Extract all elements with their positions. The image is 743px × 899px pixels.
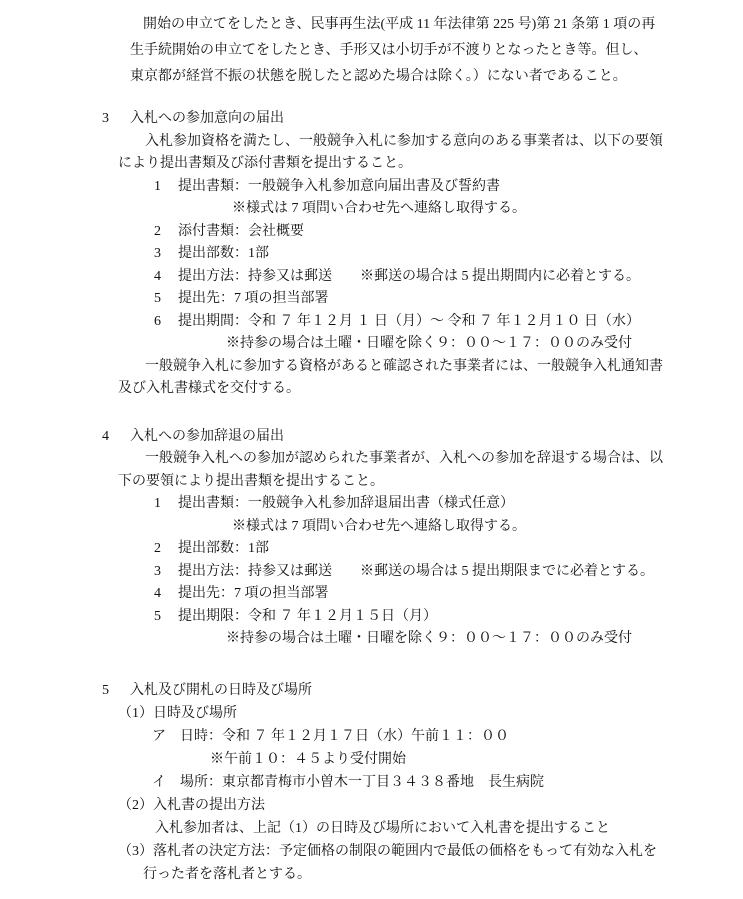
section-intro: 開始の申立てをしたとき、民事再生法(平成 11 年法律第 225 号)第 21 …	[0, 0, 743, 90]
section-number: 5	[102, 679, 130, 702]
text-line: 及び入札書様式を交付する。	[118, 378, 743, 401]
section-title: 入札への参加辞退の届出	[130, 429, 284, 444]
item-number: 2	[154, 221, 178, 244]
text-line: 一般競争入札への参加が認められた事業者が、入札への参加を辞退する場合は、以	[145, 448, 743, 471]
text-line: イ場所：東京都青梅市小曽木一丁目３４３８番地 長生病院	[152, 771, 743, 794]
text-line: 5提出先：7 項の担当部署	[154, 288, 743, 311]
item-text: 提出書類：一般競争入札参加意向届出書及び誓約書	[178, 179, 500, 194]
text-line: （3）落札者の決定方法：予定価格の制限の範囲内で最低の価格をもって有効な入札を	[118, 840, 743, 863]
item-text: 提出書類：一般競争入札参加辞退届出書（様式任意）	[178, 496, 514, 511]
item-text: 提出部数：1部	[178, 246, 269, 261]
item-text: 添付書類：会社概要	[178, 224, 304, 239]
section-sec4: 4入札への参加辞退の届出一般競争入札への参加が認められた事業者が、入札への参加を…	[0, 426, 743, 651]
text-line: 一般競争入札に参加する資格があると確認された事業者には、一般競争入札通知書	[145, 356, 743, 379]
text-line: （2）入札書の提出方法	[118, 794, 743, 817]
section-title: 入札及び開札の日時及び場所	[130, 683, 312, 698]
text-line: 4提出方法：持参又は郵送 ※郵送の場合は 5 提出期間内に必着とする。	[154, 266, 743, 289]
item-number: ア	[152, 725, 180, 748]
text-line: 3提出部数：1部	[154, 243, 743, 266]
text-line: 東京都が経営不振の状態を脱したと認めた場合は除く。）にない者であること。	[130, 64, 743, 90]
text-line: 入札参加資格を満たし、一般競争入札に参加する意向のある事業者は、以下の要領	[145, 131, 743, 154]
text-line: 2提出部数：1部	[154, 538, 743, 561]
section-heading: 5入札及び開札の日時及び場所	[0, 679, 743, 702]
item-number: 4	[154, 266, 178, 289]
document-page: 開始の申立てをしたとき、民事再生法(平成 11 年法律第 225 号)第 21 …	[0, 0, 743, 899]
item-number: 5	[154, 606, 178, 629]
text-line: （1）日時及び場所	[118, 702, 743, 725]
text-line: ※持参の場合は土曜・日曜を除く９：００～１７：００のみ受付	[226, 333, 743, 356]
item-number: 3	[154, 243, 178, 266]
item-number: 6	[154, 311, 178, 334]
item-text: 場所：東京都青梅市小曽木一丁目３４３８番地 長生病院	[180, 775, 544, 790]
text-line: 開始の申立てをしたとき、民事再生法(平成 11 年法律第 225 号)第 21 …	[143, 12, 743, 38]
text-line: 5提出期限：令和 ７ 年１２月１５日（月）	[154, 606, 743, 629]
text-line: 3提出方法：持参又は郵送 ※郵送の場合は 5 提出期限までに必着とする。	[154, 561, 743, 584]
section-sec3: 3入札への参加意向の届出入札参加資格を満たし、一般競争入札に参加する意向のある事…	[0, 108, 743, 401]
item-number: イ	[152, 771, 180, 794]
text-line: 2添付書類：会社概要	[154, 221, 743, 244]
item-text: 提出先：7 項の担当部署	[178, 291, 329, 306]
item-text: 提出方法：持参又は郵送 ※郵送の場合は 5 提出期限までに必着とする。	[178, 564, 654, 579]
section-sec5: 5入札及び開札の日時及び場所（1）日時及び場所ア日時：令和 ７ 年１２月１７日（…	[0, 679, 743, 886]
text-line: 行った者を落札者とする。	[143, 863, 743, 886]
text-line: 4提出先：7 項の担当部署	[154, 583, 743, 606]
section-title: 入札への参加意向の届出	[130, 111, 284, 126]
item-number: 5	[154, 288, 178, 311]
text-line: 1提出書類：一般競争入札参加意向届出書及び誓約書	[154, 176, 743, 199]
text-line: 入札参加者は、上記（1）の日時及び場所において入札書を提出すること	[155, 817, 743, 840]
item-text: 日時：令和 ７ 年１２月１７日（水）午前１１：００	[180, 729, 509, 744]
item-text: 提出部数：1部	[178, 541, 269, 556]
text-line: 下の要領により提出書類を提出すること。	[118, 471, 743, 494]
section-heading: 4入札への参加辞退の届出	[0, 426, 743, 449]
text-line: 生手続開始の申立てをしたとき、手形又は小切手が不渡りとなったとき等。但し、	[130, 38, 743, 64]
section-heading: 3入札への参加意向の届出	[0, 108, 743, 131]
section-number: 3	[102, 108, 130, 131]
item-text: 提出方法：持参又は郵送 ※郵送の場合は 5 提出期間内に必着とする。	[178, 269, 640, 284]
text-line: ア日時：令和 ７ 年１２月１７日（水）午前１１：００	[152, 725, 743, 748]
item-number: 2	[154, 538, 178, 561]
item-text: 提出期間：令和 ７ 年１２月 １ 日（月）～ 令和 ７ 年１２月１０ 日（水）	[178, 314, 640, 329]
text-line: 1提出書類：一般競争入札参加辞退届出書（様式任意）	[154, 493, 743, 516]
text-line: 6提出期間：令和 ７ 年１２月 １ 日（月）～ 令和 ７ 年１２月１０ 日（水）	[154, 311, 743, 334]
item-number: 3	[154, 561, 178, 584]
text-line: ※持参の場合は土曜・日曜を除く９：００～１７：００のみ受付	[226, 628, 743, 651]
item-number: 1	[154, 493, 178, 516]
item-number: 4	[154, 583, 178, 606]
item-text: 提出期限：令和 ７ 年１２月１５日（月）	[178, 609, 437, 624]
text-line: ※午前１０：４５より受付開始	[210, 748, 743, 771]
text-line: により提出書類及び添付書類を提出すること。	[118, 153, 743, 176]
text-line: ※様式は 7 項問い合わせ先へ連絡し取得する。	[232, 198, 743, 221]
section-number: 4	[102, 426, 130, 449]
item-number: 1	[154, 176, 178, 199]
item-text: 提出先：7 項の担当部署	[178, 586, 329, 601]
text-line: ※様式は 7 項問い合わせ先へ連絡し取得する。	[232, 516, 743, 539]
